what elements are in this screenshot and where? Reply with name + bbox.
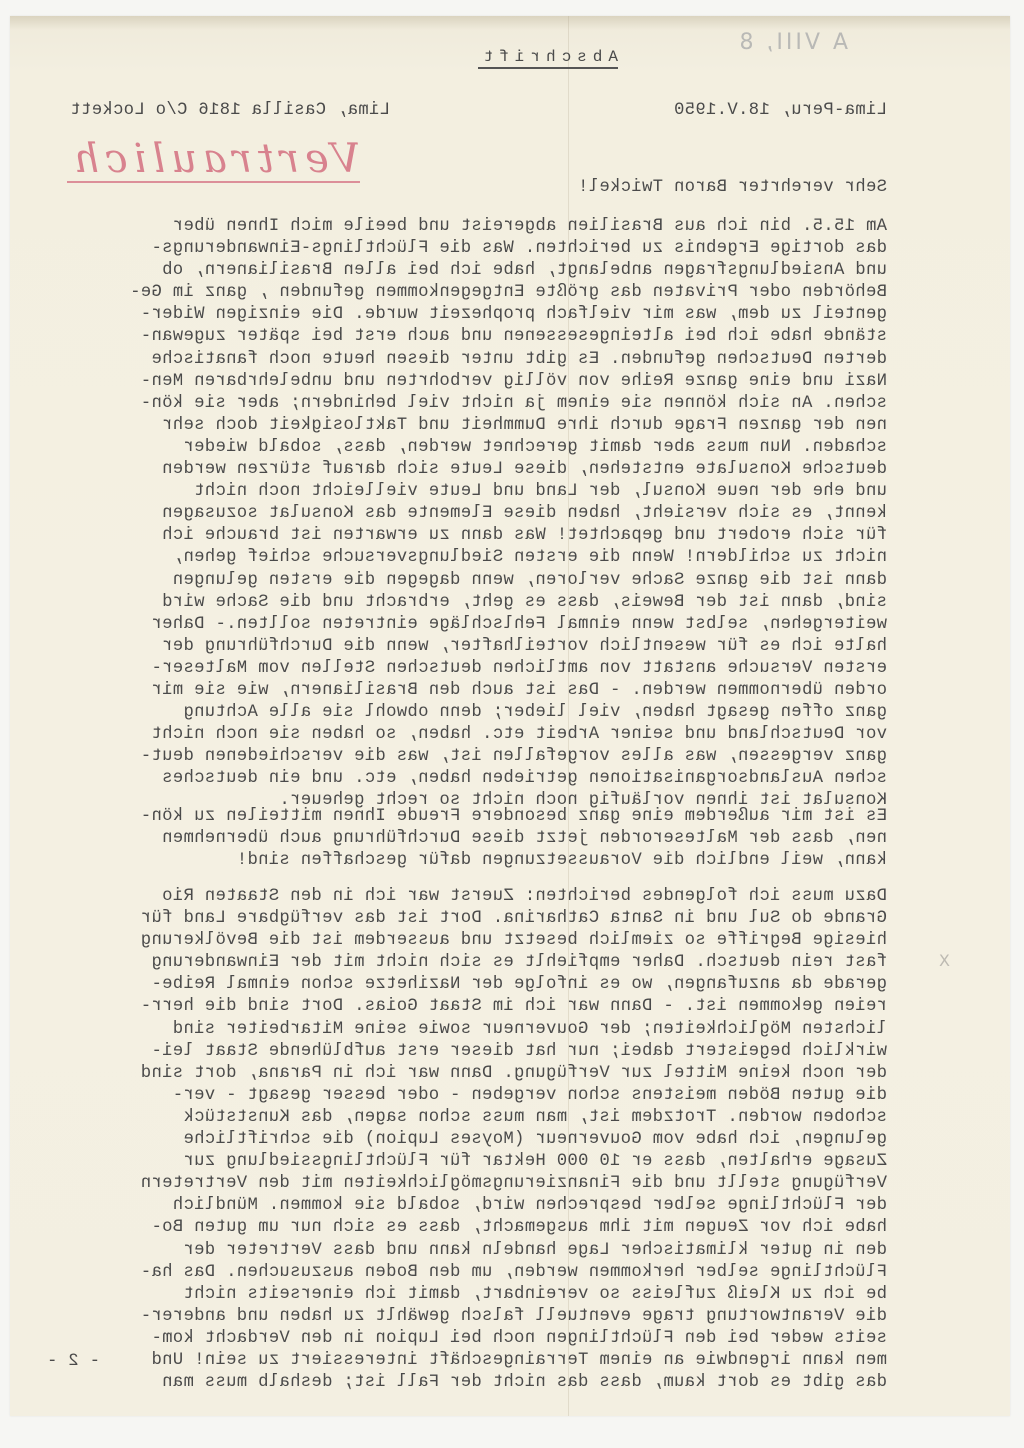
text-line: ganz offen gesagt haben, viel lieber; de… bbox=[130, 702, 887, 724]
mirrored-content: A VIII, 8 Abschrift Lima-Peru, 18.V.1950… bbox=[10, 16, 1010, 1416]
paragraph-2: Es ist mir außerdem eine ganz besondere … bbox=[141, 806, 888, 872]
page-number: - 2 - bbox=[47, 1352, 100, 1371]
text-line: Flüchtlinge selber herkommen werden, um … bbox=[141, 1262, 888, 1284]
text-line: ersten Versuche anstatt von amtlichen de… bbox=[130, 658, 887, 680]
text-line: und Ansiedlungsfragen anbelangt, habe ic… bbox=[130, 260, 887, 282]
text-line: Zusage erhalten, dass er 10 000 Hektar f… bbox=[141, 1151, 888, 1173]
text-line: men kann irgendwie an einem Terraingesch… bbox=[141, 1350, 888, 1372]
text-line: sind, dann ist der Beweis, dass es geht,… bbox=[130, 592, 887, 614]
text-line: lichsten Möglichkeiten; der Gouverneur s… bbox=[141, 1019, 888, 1041]
text-line: kann, weil endlich die Voraussetzungen d… bbox=[141, 850, 888, 872]
text-line: stände habe ich bei alteingesessenen und… bbox=[130, 326, 887, 348]
text-line: ganz vergessen, was alles vorgefallen is… bbox=[130, 746, 887, 768]
margin-x-mark: X bbox=[939, 951, 950, 970]
text-line: orden übernommen werden. - Das ist auch … bbox=[130, 680, 887, 702]
text-line: Es ist mir außerdem eine ganz besondere … bbox=[141, 806, 888, 828]
text-line: Am 15.5. bin ich aus Brasilien abgereist… bbox=[130, 216, 887, 238]
place-date: Lima-Peru, 18.V.1950 bbox=[674, 101, 887, 120]
text-line: die guten Böden meistens schon vergeben … bbox=[141, 1085, 888, 1107]
text-line: Dazu muss ich folgendes berichten: Zuers… bbox=[141, 886, 888, 908]
text-line: wirklich begeistert dabei; nur hat diese… bbox=[141, 1041, 888, 1063]
text-line: und ehe der neue Konsul, der Land und Le… bbox=[130, 481, 887, 503]
text-line: kennt, es sich versieht, haben diese Ele… bbox=[130, 503, 887, 525]
paragraph-1: Am 15.5. bin ich aus Brasilien abgereist… bbox=[130, 216, 887, 813]
text-line: halte ich es für wesentlich vorteilhafte… bbox=[130, 636, 887, 658]
text-line: derten Deutschen gefunden. Es gibt unter… bbox=[130, 349, 887, 371]
text-line: schen Auslandsorganisationen getrieben h… bbox=[130, 768, 887, 790]
text-line: die Verantwortung trage eventuell falsch… bbox=[141, 1306, 888, 1328]
text-line: Grande do Sul und in Santa Catharina. Do… bbox=[141, 908, 888, 930]
text-line: reien gekommen ist. - Dann war ich im St… bbox=[141, 996, 888, 1018]
text-line: nen der ganzen Frage durch ihre Dummheit… bbox=[130, 415, 887, 437]
text-line: Nazi und eine ganze Reihe von völlig ver… bbox=[130, 371, 887, 393]
text-line: den in guter klimatischer Lage handeln k… bbox=[141, 1240, 888, 1262]
document-page: A VIII, 8 Abschrift Lima-Peru, 18.V.1950… bbox=[10, 16, 1010, 1416]
text-line: schen. An sich können sie einem ja nicht… bbox=[130, 393, 887, 415]
text-line: nen, dass der Malteserorden jetzt diese … bbox=[141, 828, 888, 850]
text-line: schoben worden. Trotzdem ist, man muss s… bbox=[141, 1107, 888, 1129]
archive-pencil-mark: A VIII, 8 bbox=[736, 30, 848, 55]
paragraph-3: Dazu muss ich folgendes berichten: Zuers… bbox=[141, 886, 888, 1394]
text-line: deutsche Konsulate entstehen, diese Leut… bbox=[130, 459, 887, 481]
text-line: gelungen, ich habe vom Gouverneur (Moyse… bbox=[141, 1129, 888, 1151]
sender-address: Lima, Casilla 1816 C/o Lockett bbox=[70, 101, 390, 120]
text-line: seits weder bei den Flüchtlingen noch be… bbox=[141, 1328, 888, 1350]
text-line: der noch keine Mittel zur Verfügung. Dan… bbox=[141, 1063, 888, 1085]
text-line: habe ich vor Zeugen mit ihm ausgemacht, … bbox=[141, 1217, 888, 1239]
document-title: Abschrift bbox=[478, 48, 618, 69]
text-line: fast rein deutsch. Daher empfiehlt es si… bbox=[141, 952, 888, 974]
text-line: für sich erobert und gepachtet! Was dann… bbox=[130, 525, 887, 547]
text-line: Behörden oder Privaten das größte Entgeg… bbox=[130, 282, 887, 304]
text-line: gerade da anzufangen, wo es infolge der … bbox=[141, 974, 888, 996]
text-line: dann ist die ganze Sache verloren, wenn … bbox=[130, 570, 887, 592]
text-line: weitergehen, selbst wenn einmal Fehlschl… bbox=[130, 614, 887, 636]
text-line: das gibt es dort kaum, dass das nicht de… bbox=[141, 1372, 888, 1394]
scan-background: A VIII, 8 Abschrift Lima-Peru, 18.V.1950… bbox=[0, 0, 1024, 1448]
text-line: vor Deutschland und seiner Arbeit etc. h… bbox=[130, 724, 887, 746]
text-line: Verfügung stellt und die Finanzierungsmö… bbox=[141, 1173, 888, 1195]
confidential-stamp: Vertraulich bbox=[67, 139, 360, 183]
salutation: Sehr verehrter Baron Twickel! bbox=[578, 178, 887, 197]
text-line: nicht zu schildern! Wenn die ersten Sied… bbox=[130, 547, 887, 569]
text-line: genteil zu dem, was mir vielfach prophez… bbox=[130, 304, 887, 326]
text-line: schaden. Nun muss aber damit gerechnet w… bbox=[130, 437, 887, 459]
text-line: be ich zu Kleiß zufleiss so vereinbart, … bbox=[141, 1284, 888, 1306]
text-line: hiesige Begriffe so ziemlich besetzt und… bbox=[141, 930, 888, 952]
text-line: der Flüchtlinge selber besprechen wird, … bbox=[141, 1195, 888, 1217]
text-line: das dortige Ergebnis zu berichten. Was d… bbox=[130, 238, 887, 260]
